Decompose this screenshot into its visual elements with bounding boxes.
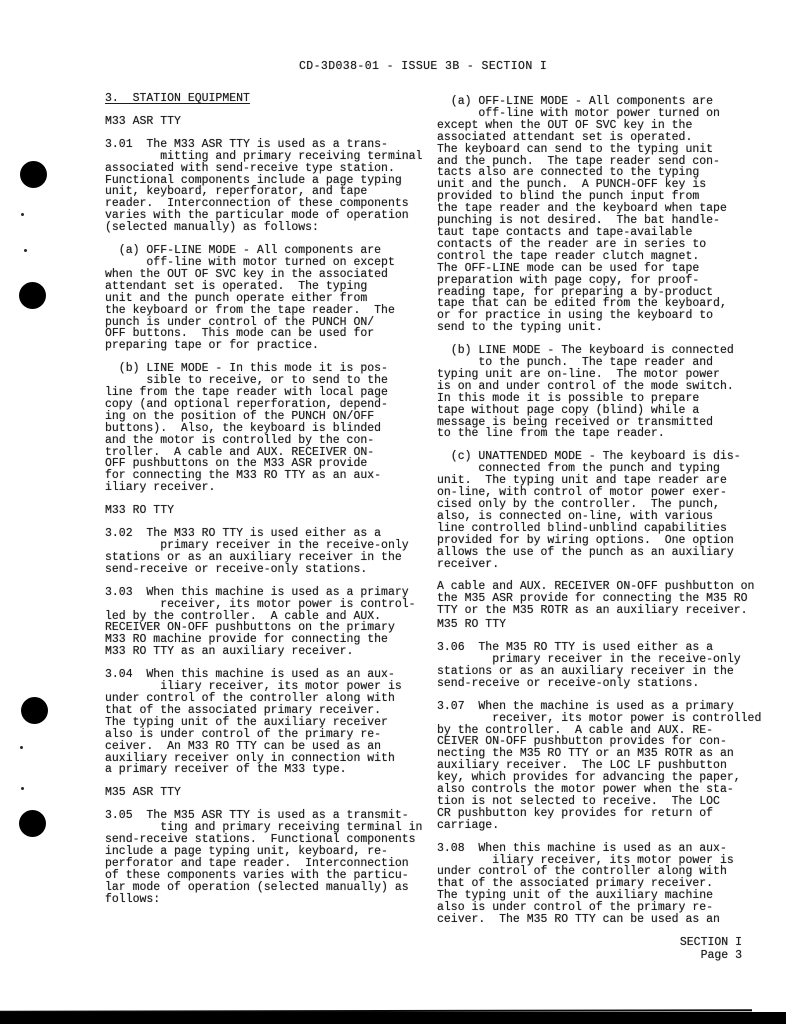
subheading-m33-ro-tty: M33 RO TTY — [105, 505, 437, 517]
paragraph-3-08: 3.08 When this machine is used as an aux… — [437, 843, 773, 926]
footer-page-number: Page 3 — [701, 949, 742, 962]
paragraph-3-03: 3.03 When this machine is used as a prim… — [105, 587, 437, 658]
punch-hole-mark — [19, 282, 46, 309]
scan-edge-bottom — [0, 1012, 786, 1024]
punch-hole-mark — [19, 810, 46, 837]
scan-speck-mark — [21, 213, 24, 216]
subheading-m35-asr-tty: M35 ASR TTY — [105, 787, 437, 799]
footer-section-label: SECTION I — [680, 936, 742, 949]
scan-speck-mark — [21, 787, 24, 790]
paragraph-3-06: 3.06 The M35 RO TTY is used either as a … — [437, 642, 773, 690]
section-heading: 3. STATION EQUIPMENT — [105, 93, 437, 105]
paragraph-3-07: 3.07 When the machine is used as a prima… — [437, 701, 773, 832]
paragraph-3-05: 3.05 The M35 ASR TTY is used as a transm… — [105, 810, 437, 905]
item-b-line-mode-m33: (b) LINE MODE - In this mode it is pos- … — [105, 363, 437, 494]
subheading-m35-ro-tty: M35 RO TTY — [437, 619, 773, 631]
paragraph-3-02: 3.02 The M33 RO TTY is used either as a … — [105, 528, 437, 576]
punch-hole-mark — [20, 161, 47, 188]
right-column: (a) OFF-LINE MODE - All components are o… — [437, 96, 773, 937]
left-column: 3. STATION EQUIPMENTM33 ASR TTY3.01 The … — [105, 93, 437, 916]
scan-speck-mark — [20, 746, 23, 749]
item-a-off-line-mode-m35: (a) OFF-LINE MODE - All components are o… — [437, 96, 773, 334]
subheading-m33-asr-tty: M33 ASR TTY — [105, 116, 437, 128]
paragraph-3-04: 3.04 When this machine is used as an aux… — [105, 669, 437, 776]
punch-hole-mark — [21, 697, 48, 724]
item-b-line-mode-m35: (b) LINE MODE - The keyboard is connecte… — [437, 345, 773, 440]
paragraph-3-01: 3.01 The M33 ASR TTY is used as a trans-… — [105, 139, 437, 234]
document-reference-header: CD-3D038-01 - ISSUE 3B - SECTION I — [299, 60, 547, 73]
item-c-unattended-mode-m35: (c) UNATTENDED MODE - The keyboard is di… — [437, 451, 773, 570]
scanned-page: { "colors": { "ink": "#1d1d1d", "paper":… — [0, 0, 786, 1024]
item-a-off-line-mode-m33: (a) OFF-LINE MODE - All components are o… — [105, 245, 437, 352]
page-footer: SECTION IPage 3 — [680, 936, 742, 962]
paragraph-cable-aux-receiver: A cable and AUX. RECEIVER ON-OFF pushbut… — [437, 581, 773, 617]
scan-speck-mark — [24, 249, 27, 252]
